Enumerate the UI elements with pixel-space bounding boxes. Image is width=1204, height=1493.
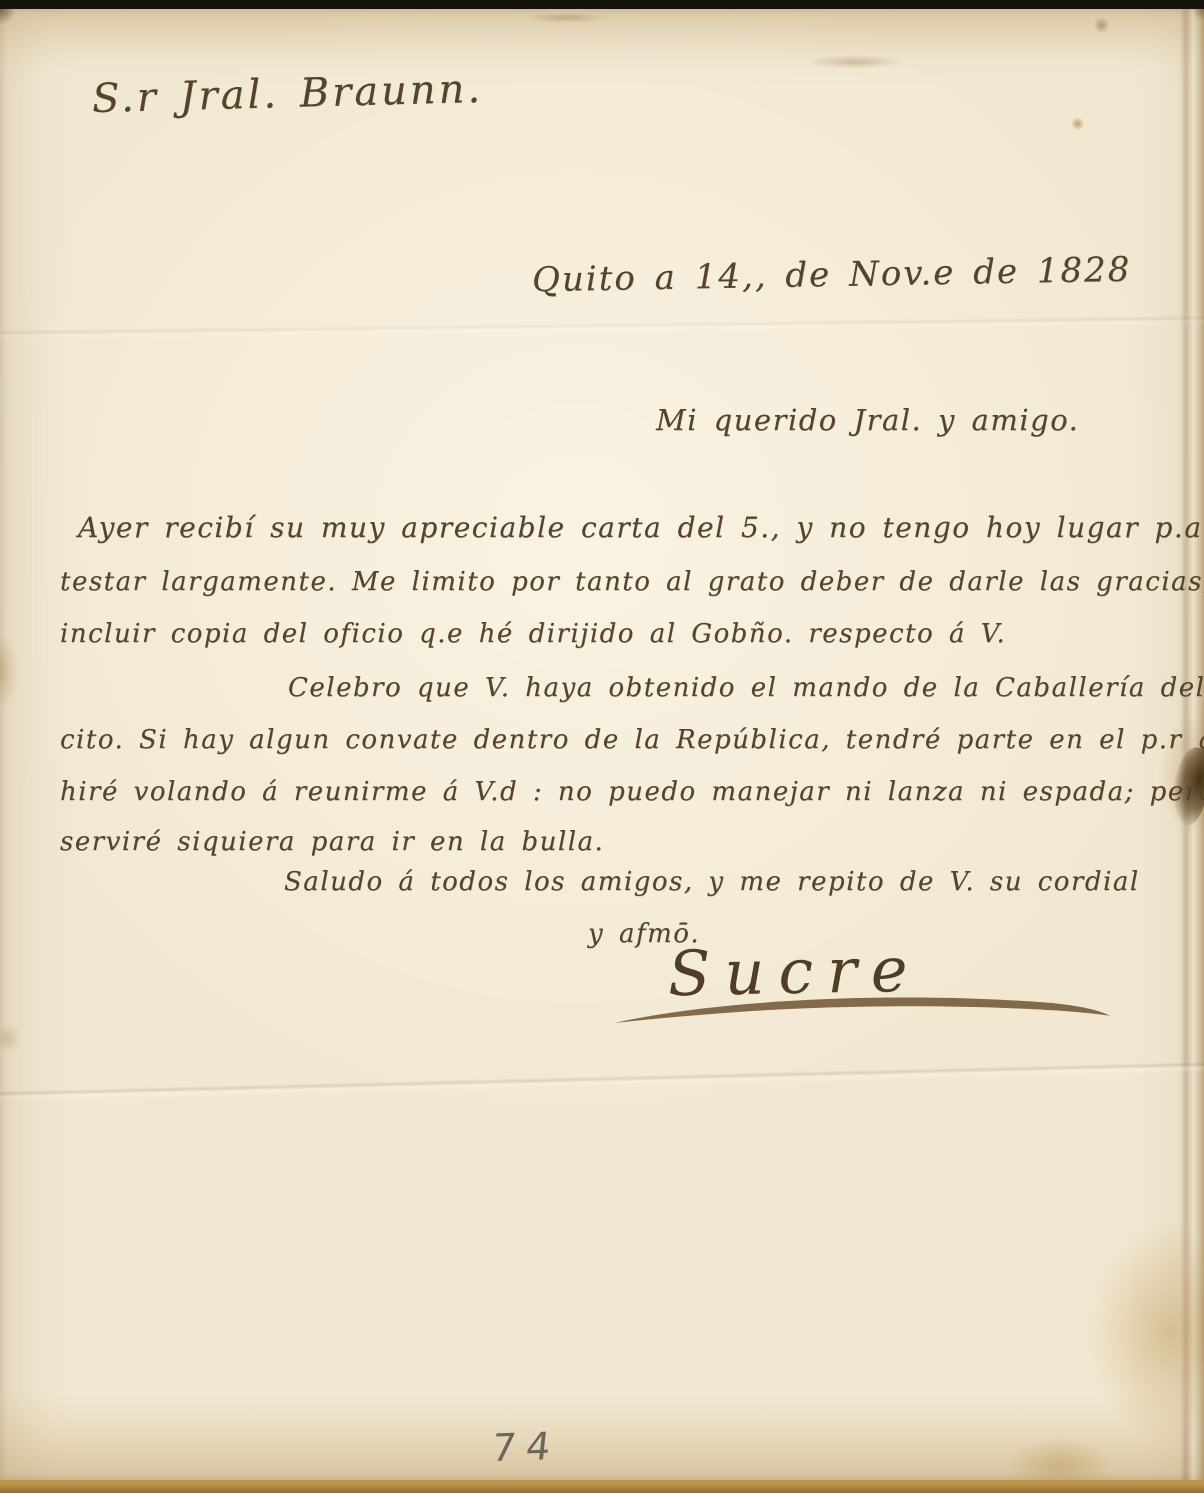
- letter-body-line: serviré siquiera para ir en la bulla.: [60, 827, 604, 857]
- letter-body-line: Celebro que V. haya obtenido el mando de…: [288, 673, 1204, 703]
- letter-body-line: testar largamente. Me limito por tanto a…: [60, 567, 1204, 597]
- letter-page: S.r Jral. Braunn. Quito a 14,, de Nov.e …: [0, 9, 1204, 1480]
- scanned-letter: S.r Jral. Braunn. Quito a 14,, de Nov.e …: [0, 0, 1204, 1493]
- closing-line: Saludo á todos los amigos, y me repito d…: [284, 867, 1140, 897]
- letter-body-line: incluir copia del oficio q.e hé dirijido…: [60, 619, 1006, 649]
- letter-body-line: cito. Si hay algun convate dentro de la …: [60, 725, 1204, 755]
- dateline: Quito a 14,, de Nov.e de 1828: [532, 250, 1132, 300]
- salutation: Mi querido Jral. y amigo.: [656, 403, 1079, 437]
- letter-body-line: hiré volando á reunirme á V.d : no puedo…: [60, 777, 1204, 807]
- letter-body-line: Ayer recibí su muy apreciable carta del …: [78, 511, 1204, 544]
- signature-flourish-underline: [612, 985, 1112, 1029]
- page-number-pencil: 74: [490, 1424, 563, 1470]
- addressee-line: S.r Jral. Braunn.: [91, 66, 483, 122]
